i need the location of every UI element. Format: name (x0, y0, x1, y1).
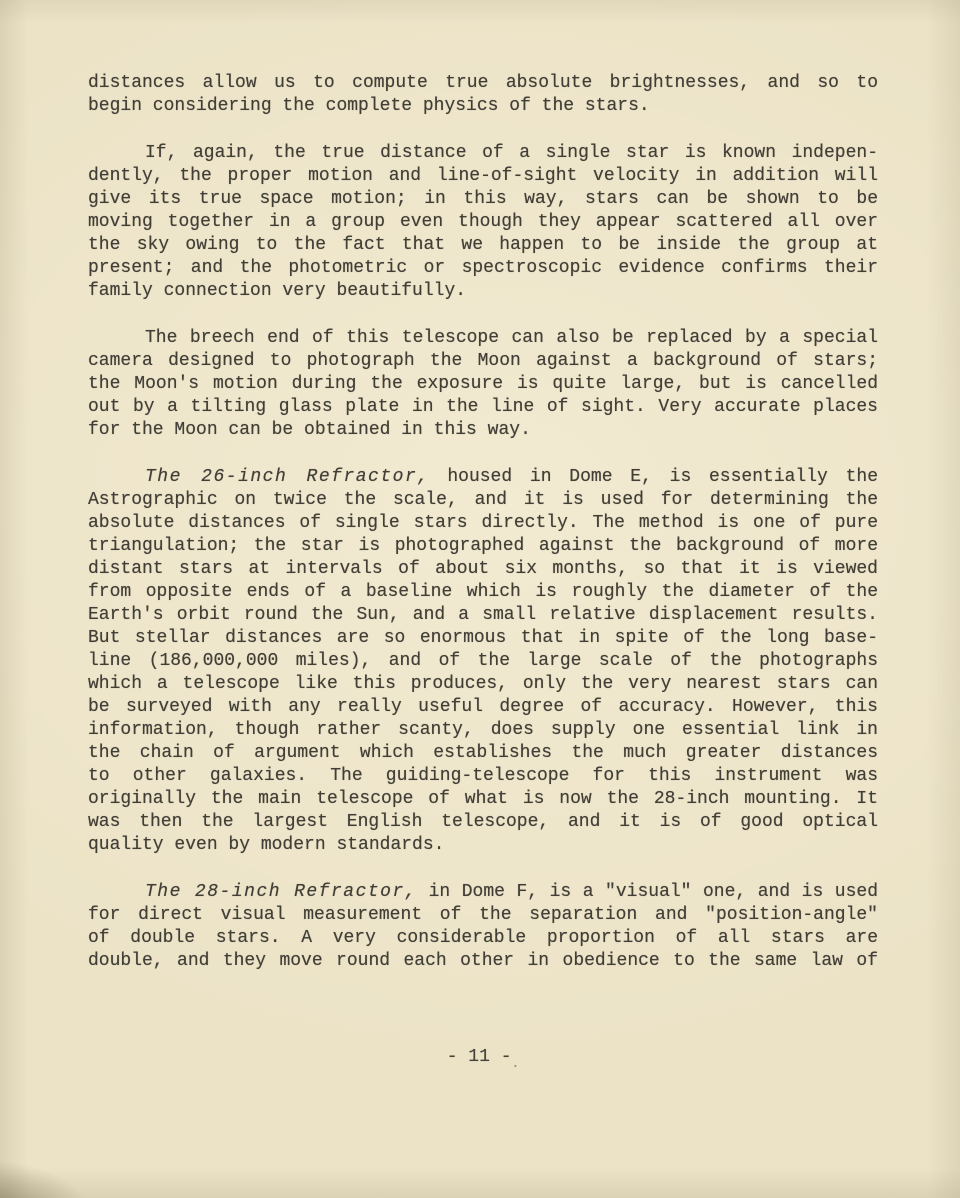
text-line: originally the main telescope of what is… (88, 788, 878, 811)
text-line: the chain of argument which establishes … (88, 742, 878, 765)
text-line: for direct visual measurement of the sep… (88, 904, 878, 927)
text-line: give its true space motion; in this way,… (88, 188, 878, 211)
text-line: quality even by modern standards. (88, 834, 878, 857)
text-line: The breech end of this telescope can als… (88, 327, 878, 350)
text-line: The 28-inch Refractor, in Dome F, is a "… (88, 881, 878, 904)
text-line: Astrographic on twice the scale, and it … (88, 489, 878, 512)
text-line: family connection very beautifully. (88, 280, 878, 303)
text-line: But stellar distances are so enormous th… (88, 627, 878, 650)
text-line: for the Moon can be obtained in this way… (88, 419, 878, 442)
text-line: moving together in a group even though t… (88, 211, 878, 234)
text-line: which a telescope like this produces, on… (88, 673, 878, 696)
paragraph: The 28-inch Refractor, in Dome F, is a "… (88, 881, 878, 973)
text-line: distances allow us to compute true absol… (88, 72, 878, 95)
text-line: If, again, the true distance of a single… (88, 142, 878, 165)
page-number: - 11 -. (88, 1046, 878, 1075)
text-line: was then the largest English telescope, … (88, 811, 878, 834)
text-line: distant stars at intervals of about six … (88, 558, 878, 581)
paragraph: distances allow us to compute true absol… (88, 72, 878, 118)
page-text: distances allow us to compute true absol… (88, 72, 878, 973)
stray-ink-dot: . (512, 1056, 520, 1071)
text-line: Earth's orbit round the Sun, and a small… (88, 604, 878, 627)
text-line: camera designed to photograph the Moon a… (88, 350, 878, 373)
paragraph: If, again, the true distance of a single… (88, 142, 878, 303)
text-line: begin considering the complete physics o… (88, 95, 878, 118)
text-line: the sky owing to the fact that we happen… (88, 234, 878, 257)
text-line: information, though rather scanty, does … (88, 719, 878, 742)
text-line: The 26-inch Refractor, housed in Dome E,… (88, 466, 878, 489)
italic-lead-in: The 28-inch Refractor, (145, 882, 417, 902)
italic-lead-in: The 26-inch Refractor, (145, 467, 430, 487)
text-line: double, and they move round each other i… (88, 950, 878, 973)
text-line: to other galaxies. The guiding-telescope… (88, 765, 878, 788)
paragraph: The breech end of this telescope can als… (88, 327, 878, 442)
text-line: from opposite ends of a baseline which i… (88, 581, 878, 604)
text-line: triangulation; the star is photographed … (88, 535, 878, 558)
page-number-text: - 11 - (447, 1047, 512, 1067)
text-line: absolute distances of single stars direc… (88, 512, 878, 535)
scanned-page: distances allow us to compute true absol… (0, 0, 960, 1198)
text-line: out by a tilting glass plate in the line… (88, 396, 878, 419)
text-line: the Moon's motion during the exposure is… (88, 373, 878, 396)
text-line: of double stars. A very considerable pro… (88, 927, 878, 950)
text-line: dently, the proper motion and line-of-si… (88, 165, 878, 188)
text-line: present; and the photometric or spectros… (88, 257, 878, 280)
text-line: be surveyed with any really useful degre… (88, 696, 878, 719)
paragraph: The 26-inch Refractor, housed in Dome E,… (88, 466, 878, 857)
text-line: line (186,000,000 miles), and of the lar… (88, 650, 878, 673)
